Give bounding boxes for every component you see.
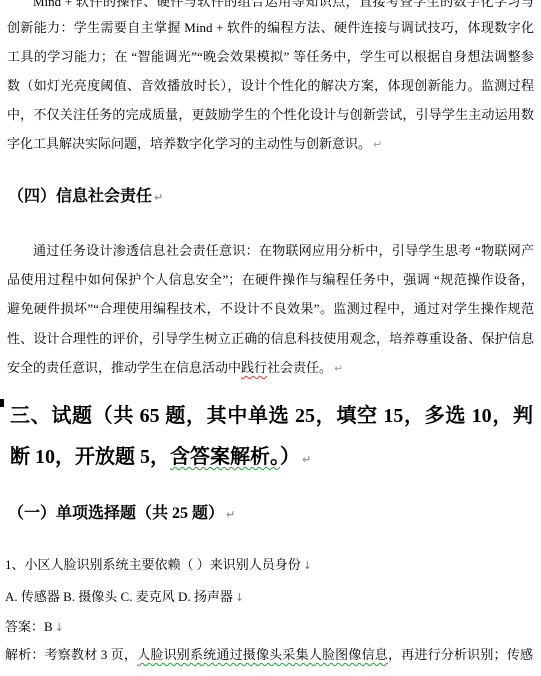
- question-options-text: A. 传感器 B. 摄像头 C. 麦克风 D. 扬声器: [5, 589, 233, 604]
- question-options: A. 传感器 B. 摄像头 C. 麦克风 D. 扬声器↓: [5, 589, 244, 605]
- paragraph-mark: ↵: [300, 453, 311, 466]
- paragraph-mark: ↵: [224, 508, 235, 521]
- body-text: 社会责任。: [267, 360, 332, 375]
- body-text: 字化工具解决实际问题，培养数字化学习的主动性与创新意识。: [7, 136, 371, 151]
- body-text-line: 品使用过程中如何保护个人信息安全”；在硬件操作与编程任务中，强调 “规范操作设备…: [7, 272, 534, 288]
- body-text: 安全的责任意识，推动学生在信息活动中: [7, 360, 241, 375]
- body-text-line: 安全的责任意识，推动学生在信息活动中践行社会责任。↵: [7, 360, 534, 376]
- body-text-line: 中，不仅关注任务的完成质量，更鼓励学生的个性化设计与创新尝试，引导学生主动运用数: [7, 107, 534, 123]
- answer-text: 答案：B: [5, 619, 53, 634]
- analysis-line: 解析：考察教材 3 页，人脸识别系统通过摄像头采集人脸图像信息，再进行分析识别；…: [5, 647, 533, 663]
- section-heading-text: （四）信息社会责任: [8, 188, 152, 205]
- subsection-heading-text: （一）单项选择题（共 25 题）: [8, 505, 224, 522]
- question-stem: 1、小区人脸识别系统主要依赖（ ）来识别人员身份↓: [5, 557, 312, 573]
- section-heading-text: ）: [280, 446, 300, 468]
- body-text-line: 通过任务设计渗透信息社会责任意识：在物联网应用分析中，引导学生思考 “物联网产: [7, 243, 534, 259]
- analysis-text: ，再进行分析识别；传感: [388, 647, 533, 662]
- spellcheck-underlined-text: 践行: [241, 360, 267, 375]
- paragraph-mark: ↵: [152, 191, 163, 204]
- section-heading-3-line-1: 三、试题（共 65 题，其中单选 25，填空 15，多选 10，判: [10, 404, 533, 429]
- subsection-heading: （一）单项选择题（共 25 题）↵: [8, 504, 235, 524]
- body-text-line: 字化工具解决实际问题，培养数字化学习的主动性与创新意识。↵: [7, 136, 534, 152]
- body-text-line: 工具的学习能力；在 “智能调光”“晚会效果模拟” 等任务中，学生可以根据自身想法…: [7, 49, 534, 65]
- body-text-line: 避免硬件损坏”“合理使用编程技术，不设计不良效果”。监测过程中，通过对学生操作规…: [7, 301, 534, 317]
- document-page: Mind + 软件的操作、硬件与软件的组合运用等知识点，直接考查学生的数字化学习…: [0, 0, 541, 676]
- section-heading-4: （四）信息社会责任↵: [8, 187, 163, 207]
- grammar-underlined-text: 人脸识别系统通过摄像头采集人脸图像信息: [137, 647, 388, 662]
- body-text-line: 创新能力：学生需要自主掌握 Mind + 软件的编程方法、硬件连接与调试技巧，体…: [7, 20, 534, 36]
- question-stem-text: 1、小区人脸识别系统主要依赖（ ）来识别人员身份: [5, 557, 301, 572]
- body-text-line: Mind + 软件的操作、硬件与软件的组合运用等知识点，直接考查学生的数字化学习…: [7, 0, 534, 10]
- paragraph-mark: ↵: [371, 138, 382, 151]
- line-break-mark: ↓: [233, 591, 244, 604]
- line-break-mark: ↓: [53, 621, 64, 634]
- answer-line: 答案：B↓: [5, 619, 64, 635]
- line-break-mark: ↓: [301, 559, 312, 572]
- section-heading-3-line-2: 断 10，开放题 5，含答案解析。）↵: [10, 445, 533, 470]
- grammar-underlined-text: 含答案解析。: [170, 446, 280, 468]
- keep-with-next-marker: [0, 399, 4, 407]
- section-heading-text: 断 10，开放题 5，: [10, 446, 170, 468]
- body-text-line: 数（如灯光亮度阈值、音效播放时长），设计个性化的解决方案，体现创新能力。监测过程: [7, 78, 534, 94]
- paragraph-mark: ↵: [332, 362, 343, 375]
- analysis-text: 解析：考察教材 3 页，: [5, 647, 137, 662]
- body-text-line: 性、设计合理性的评价，引导学生树立正确的信息科技使用观念，培养尊重设备、保护信息: [7, 331, 534, 347]
